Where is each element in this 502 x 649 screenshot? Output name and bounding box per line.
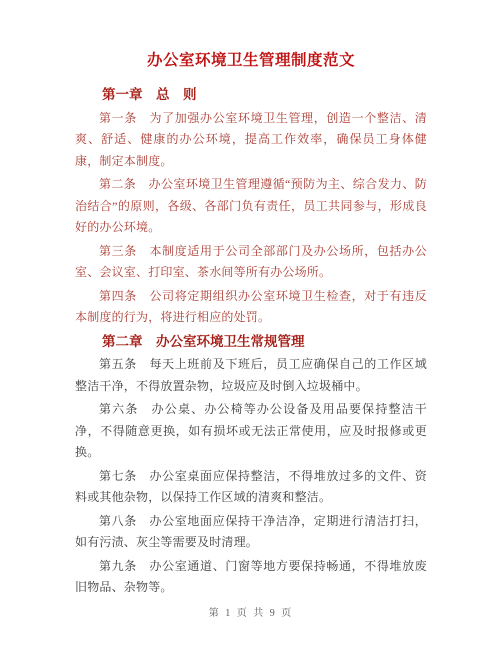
page-number-footer: 第 1 页 共 9 页 (0, 604, 502, 619)
chapter-2-heading: 第二章 办公室环境卫生常规管理 (75, 331, 427, 353)
article-6: 第六条 办公桌、办公椅等办公设备及用品要保持整洁干净，不得随意更换，如有损坏或无… (75, 399, 427, 464)
article-3: 第三条 本制度适用于公司全部部门及办公场所，包括办公室、会议室、打印室、茶水间等… (75, 241, 427, 284)
article-4: 第四条 公司将定期组织办公室环境卫生检查，对于有违反本制度的行为，将进行相应的处… (75, 286, 427, 329)
article-7: 第七条 办公室桌面应保持整洁，不得堆放过多的文件、资料或其他杂物，以保持工作区域… (75, 466, 427, 509)
article-9: 第九条 办公室通道、门窗等地方要保持畅通，不得堆放废旧物品、杂物等。 (75, 556, 427, 599)
article-5: 第五条 每天上班前及下班后，员工应确保自己的工作区域整洁干净，不得放置杂物，垃圾… (75, 354, 427, 397)
chapter-1-heading: 第一章 总 则 (75, 84, 427, 106)
article-1: 第一条 为了加强办公室环境卫生管理，创造一个整洁、清爽、舒适、健康的办公环境，提… (75, 108, 427, 173)
chapter-2-section: 第二章 办公室环境卫生常规管理 第五条 每天上班前及下班后，员工应确保自己的工作… (75, 331, 427, 599)
document-title: 办公室环境卫生管理制度范文 (75, 50, 427, 72)
chapter-1-section: 第一章 总 则 第一条 为了加强办公室环境卫生管理，创造一个整洁、清爽、舒适、健… (75, 84, 427, 329)
article-2: 第二条 办公室环境卫生管理遵循“预防为主、综合发力、防治结合”的原则，各级、各部… (75, 174, 427, 239)
article-8: 第八条 办公室地面应保持干净洁净，定期进行清洁打扫，如有污渍、灰尘等需要及时清理… (75, 511, 427, 554)
document-page: 办公室环境卫生管理制度范文 第一章 总 则 第一条 为了加强办公室环境卫生管理，… (0, 0, 502, 649)
